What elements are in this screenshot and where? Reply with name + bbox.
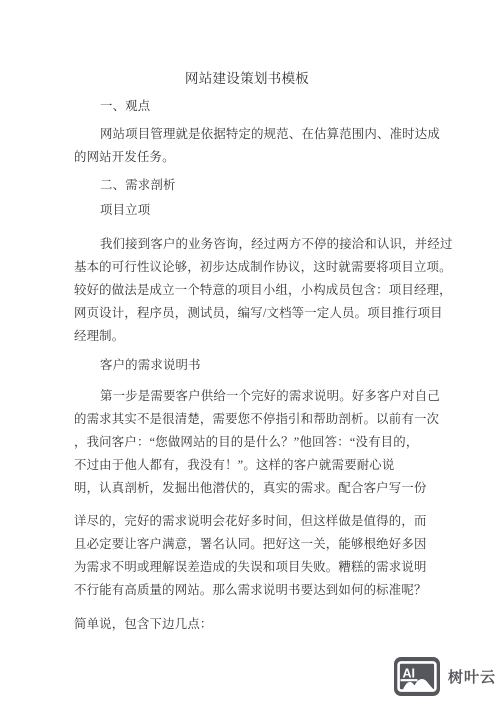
document-page: 网站建设策划书模板 一、观点 网站项目管理就是依据特定的规范、在估算范围内、准时… bbox=[0, 0, 500, 708]
doc-line: 明，认真剖析，发掘出他潜伏的，真实的需求。配合客户写一份 bbox=[74, 477, 442, 500]
doc-line: 的需求其实不是很清楚，需要您不停指引和帮助剖析。以前有一次 bbox=[74, 408, 442, 431]
doc-line: 经理制。 bbox=[74, 325, 442, 348]
doc-line: 基本的可行性议论够，初步达成制作协议，这时就需要将项目立项。 bbox=[74, 256, 442, 279]
doc-line: 较好的做法是成立一个特意的项目小组，小构成员包含：项目经理， bbox=[74, 279, 442, 302]
doc-line: 为需求不明或理解误差造成的失误和项目失败。糟糕的需求说明 bbox=[74, 556, 442, 579]
closing-line: 简单说，包含下边几点： bbox=[74, 613, 442, 636]
watermark: AI 树叶云 bbox=[394, 657, 496, 696]
doc-line: 的网站开发任务。 bbox=[74, 146, 442, 169]
watermark-brand-text: 树叶云 bbox=[448, 666, 496, 687]
heading-project-initiation: 项目立项 bbox=[74, 199, 442, 222]
doc-line: 网页设计，程序员，测试员，编写/文档等一定人员。项目推行项目 bbox=[74, 302, 442, 325]
paragraph-requirement-b: 详尽的，完好的需求说明会花好多时间，但这样做是值得的，而 且必定要让客户满意，署… bbox=[74, 510, 442, 602]
heading-requirements: 二、需求剖析 bbox=[74, 174, 442, 197]
doc-line: 且必定要让客户满意，署名认同。把好这一关，能够根绝好多因 bbox=[74, 533, 442, 556]
document-title: 网站建设策划书模板 bbox=[74, 67, 420, 90]
heading-requirement-spec: 客户的需求说明书 bbox=[74, 354, 442, 377]
doc-line: ，我问客户：“您做网站的目的是什么？”他回答：“没有目的， bbox=[74, 431, 442, 454]
heading-viewpoint: 一、观点 bbox=[74, 95, 442, 118]
doc-line: 不过由于他人都有，我没有！”。这样的客户就需要耐心说 bbox=[74, 454, 442, 477]
paragraph-requirement-a: 第一步是需要客户供给一个完好的需求说明。好多客户对自己 的需求其实不是很清楚，需… bbox=[74, 385, 442, 500]
paragraph-intro: 网站项目管理就是依据特定的规范、在估算范围内、准时达成 的网站开发任务。 bbox=[74, 123, 442, 169]
doc-line: 第一步是需要客户供给一个完好的需求说明。好多客户对自己 bbox=[74, 385, 442, 408]
leafcloud-ai-image-logo-icon: AI bbox=[394, 657, 440, 696]
doc-line: 我们接到客户的业务咨询，经过两方不停的接洽和认识，并经过 bbox=[74, 233, 442, 256]
doc-line: 不行能有高质量的网站。那么需求说明书要达到如何的标准呢？ bbox=[74, 579, 442, 602]
doc-line: 网站项目管理就是依据特定的规范、在估算范围内、准时达成 bbox=[74, 123, 442, 146]
doc-line: 详尽的，完好的需求说明会花好多时间，但这样做是值得的，而 bbox=[74, 510, 442, 533]
paragraph-initiation: 我们接到客户的业务咨询，经过两方不停的接洽和认识，并经过 基本的可行性议论够，初… bbox=[74, 233, 442, 348]
logo-ai-text: AI bbox=[402, 667, 415, 681]
document-content: 网站建设策划书模板 一、观点 网站项目管理就是依据特定的规范、在估算范围内、准时… bbox=[0, 0, 500, 636]
